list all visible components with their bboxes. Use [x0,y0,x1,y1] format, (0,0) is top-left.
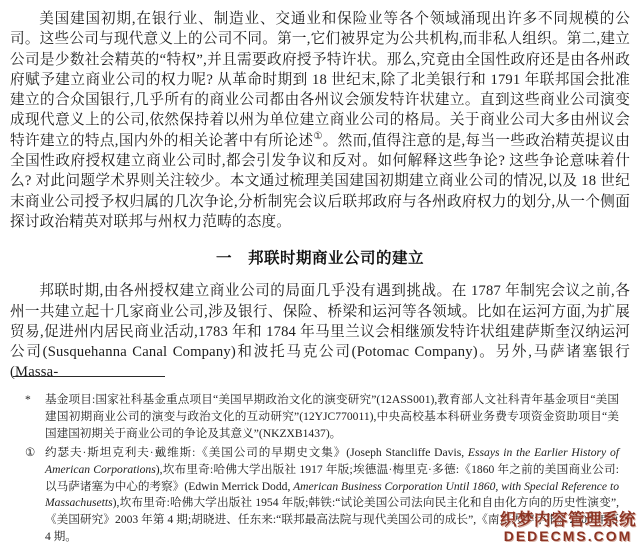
citation-segment-4: ),坎布里奇:哈佛大学出版社 1954 年版;韩铁:“试论美国公司法向民主化和自… [45,496,619,543]
section-heading: 一 邦联时期商业公司的建立 [10,246,630,268]
footnote-citation-marker: ① [25,445,45,462]
paragraph-section-one: 邦联时期,由各州授权建立商业公司的局面几乎没有遇到挑战。在 1787 年制宪会议… [10,281,630,382]
footnote-citation-text: 约瑟夫·斯坦克利夫·戴维斯:《美国公司的早期史文集》(Joseph Stancl… [45,445,619,545]
footnote-area: * 基金项目:国家社科基金重点项目“美国早期政治文化的演变研究”(12ASS00… [10,376,627,545]
footnote-fund: * 基金项目:国家社科基金重点项目“美国早期政治文化的演变研究”(12ASS00… [25,392,619,443]
footnote-fund-marker: * [25,392,45,409]
footnote-citation: ① 约瑟夫·斯坦克利夫·戴维斯:《美国公司的早期史文集》(Joseph Stan… [25,445,619,545]
footnote-ref-marker: ① [313,131,322,142]
footnote-fund-text: 基金项目:国家社科基金重点项目“美国早期政治文化的演变研究”(12ASS001)… [45,392,619,443]
citation-segment-0: 约瑟夫·斯坦克利夫·戴维斯:《美国公司的早期史文集》(Joseph Stancl… [45,446,464,459]
footnote-separator [13,376,165,377]
paragraph-intro-text: 美国建国初期,在银行业、制造业、交通业和保险业等各个领域涌现出许多不同规模的公司… [10,11,630,149]
paragraph-intro: 美国建国初期,在银行业、制造业、交通业和保险业等各个领域涌现出许多不同规模的公司… [10,9,630,232]
document-page: 美国建国初期,在银行业、制造业、交通业和保险业等各个领域涌现出许多不同规模的公司… [0,0,639,545]
